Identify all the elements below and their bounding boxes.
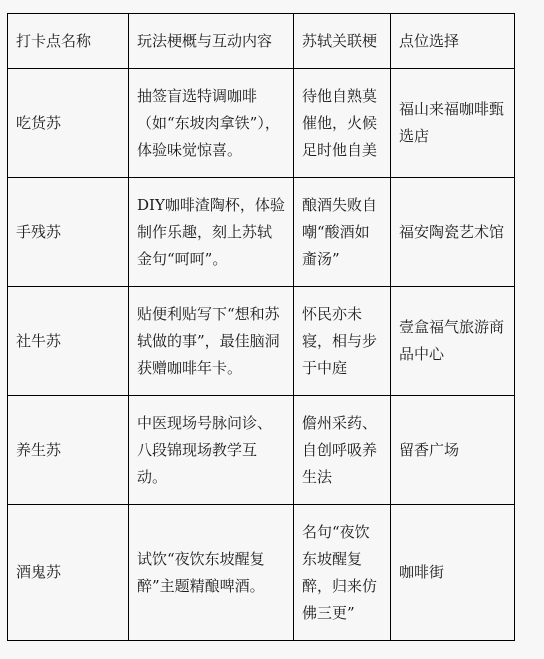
cell-location: 留香广场 [391, 396, 515, 505]
cell-name: 吃货苏 [8, 69, 129, 178]
cell-meme: 待他自熟莫催他，火候足时他自美 [294, 69, 391, 178]
cell-name: 手残苏 [8, 178, 129, 287]
header-su-shi-meme: 苏轼关联梗 [294, 14, 391, 69]
cell-name: 养生苏 [8, 396, 129, 505]
cell-name: 社牛苏 [8, 287, 129, 396]
table-header-row: 打卡点名称 玩法梗概与互动内容 苏轼关联梗 点位选择 [8, 14, 515, 69]
cell-activity: DIY咖啡渣陶杯，体验制作乐趣，刻上苏轼金句“呵呵”。 [129, 178, 294, 287]
cell-location: 福安陶瓷艺术馆 [391, 178, 515, 287]
header-location: 点位选择 [391, 14, 515, 69]
table-row: 吃货苏 抽签盲选特调咖啡（如“东坡肉拿铁”），体验味觉惊喜。 待他自熟莫催他，火… [8, 69, 515, 178]
table-row: 酒鬼苏 试饮“夜饮东坡醒复醉”主题精酿啤酒。 名句“夜饮东坡醒复醉，归来仿佛三更… [8, 505, 515, 641]
cell-meme: 酿酒失败自嘲“酸酒如齑汤” [294, 178, 391, 287]
cell-meme: 名句“夜饮东坡醒复醉，归来仿佛三更” [294, 505, 391, 641]
table-row: 养生苏 中医现场号脉问诊、八段锦现场教学互动。 儋州采药、自创呼吸养生法 留香广… [8, 396, 515, 505]
cell-activity: 试饮“夜饮东坡醒复醉”主题精酿啤酒。 [129, 505, 294, 641]
cell-name: 酒鬼苏 [8, 505, 129, 641]
checkin-points-table: 打卡点名称 玩法梗概与互动内容 苏轼关联梗 点位选择 吃货苏 抽签盲选特调咖啡（… [7, 13, 515, 641]
header-checkin-name: 打卡点名称 [8, 14, 129, 69]
cell-meme: 儋州采药、自创呼吸养生法 [294, 396, 391, 505]
cell-location: 福山来福咖啡甄选店 [391, 69, 515, 178]
cell-location: 咖啡街 [391, 505, 515, 641]
cell-activity: 中医现场号脉问诊、八段锦现场教学互动。 [129, 396, 294, 505]
table-row: 社牛苏 贴便利贴写下“想和苏轼做的事”，最佳脑洞获赠咖啡年卡。 怀民亦未寝，相与… [8, 287, 515, 396]
header-activity: 玩法梗概与互动内容 [129, 14, 294, 69]
cell-activity: 贴便利贴写下“想和苏轼做的事”，最佳脑洞获赠咖啡年卡。 [129, 287, 294, 396]
cell-activity: 抽签盲选特调咖啡（如“东坡肉拿铁”），体验味觉惊喜。 [129, 69, 294, 178]
cell-meme: 怀民亦未寝，相与步于中庭 [294, 287, 391, 396]
table-row: 手残苏 DIY咖啡渣陶杯，体验制作乐趣，刻上苏轼金句“呵呵”。 酿酒失败自嘲“酸… [8, 178, 515, 287]
cell-location: 壹盒福气旅游商品中心 [391, 287, 515, 396]
